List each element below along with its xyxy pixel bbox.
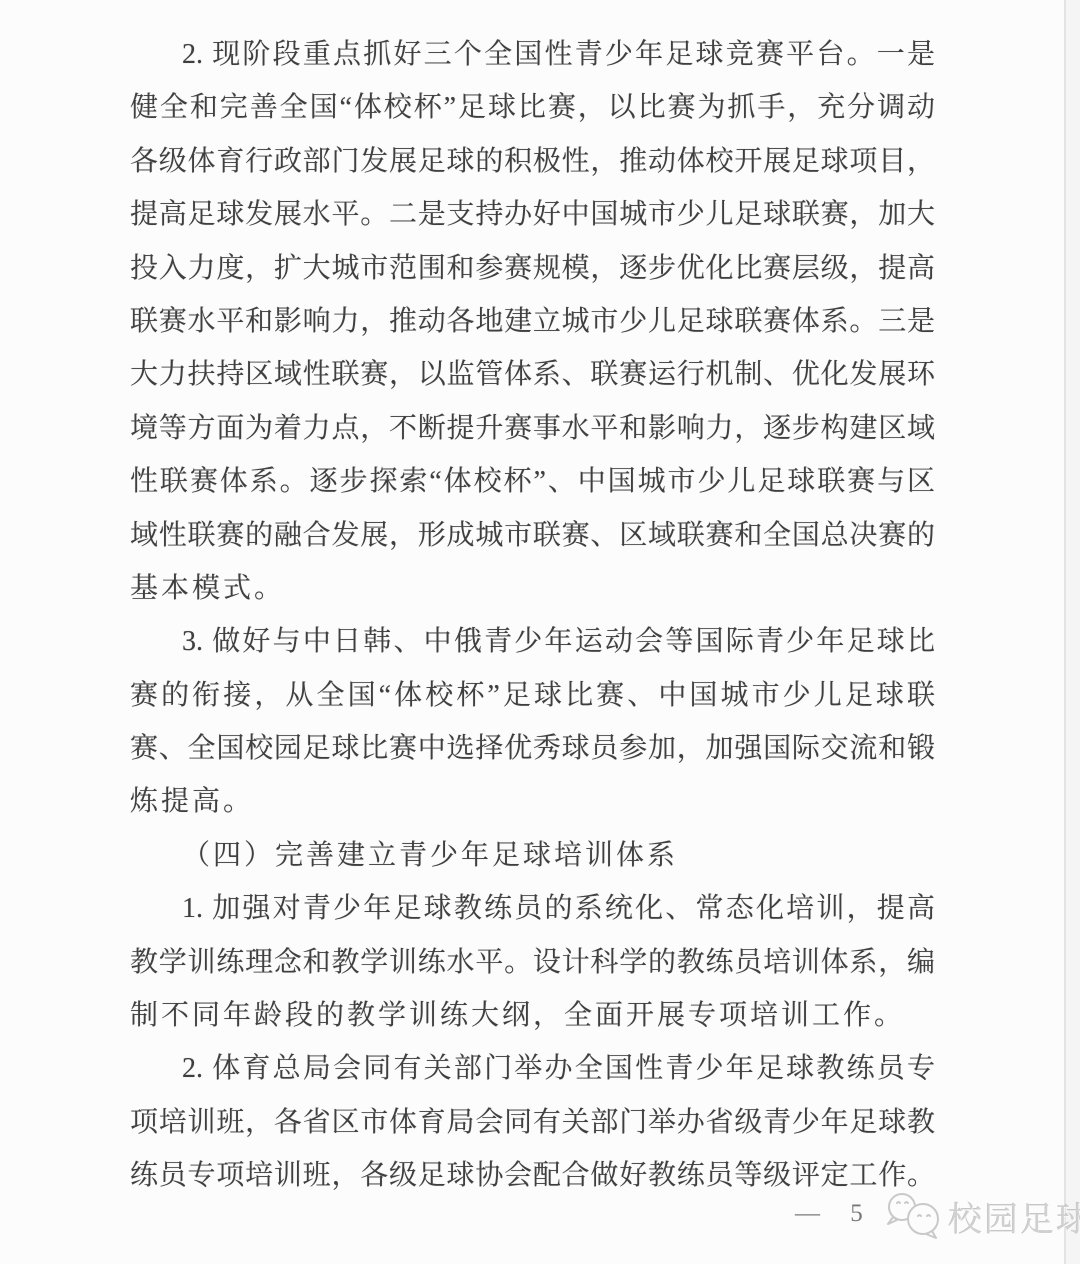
watermark: 校园足球 — [880, 1190, 1080, 1242]
text-line: 赛、全国校园足球比赛中选择优秀球员参加，加强国际交流和锻 — [130, 722, 935, 775]
document-page: 2. 现阶段重点抓好三个全国性青少年足球竞赛平台。一是健全和完善全国“体校杯”足… — [0, 0, 1080, 1264]
text-line: 境等方面为着力点，不断提升赛事水平和影响力，逐步构建区域 — [130, 402, 935, 455]
text-line: 联赛水平和影响力，推动各地建立城市少儿足球联赛体系。三是 — [130, 295, 935, 348]
text-line: 教学训练理念和教学训练水平。设计科学的教练员培训体系，编 — [130, 936, 935, 989]
page-footer: — 5 — 校园 — [0, 1190, 1080, 1250]
text-line: 2. 现阶段重点抓好三个全国性青少年足球竞赛平台。一是 — [130, 28, 935, 81]
watermark-label: 校园足球 — [948, 1192, 1080, 1241]
text-line: 性联赛体系。逐步探索“体校杯”、中国城市少儿足球联赛与区 — [130, 455, 935, 508]
document-body: 2. 现阶段重点抓好三个全国性青少年足球竞赛平台。一是健全和完善全国“体校杯”足… — [130, 28, 935, 1203]
text-line: 健全和完善全国“体校杯”足球比赛，以比赛为抓手，充分调动 — [130, 81, 935, 134]
text-line: 项培训班，各省区市体育局会同有关部门举办省级青少年足球教 — [130, 1096, 935, 1149]
text-line: 炼提高。 — [130, 775, 935, 828]
text-line: 域性联赛的融合发展，形成城市联赛、区域联赛和全国总决赛的 — [130, 509, 935, 562]
text-line: 基本模式。 — [130, 562, 935, 615]
text-line: （四）完善建立青少年足球培训体系 — [130, 829, 935, 882]
text-line: 提高足球发展水平。二是支持办好中国城市少儿足球联赛，加大 — [130, 188, 935, 241]
scan-edge-strip — [1066, 0, 1080, 1264]
text-line: 1. 加强对青少年足球教练员的系统化、常态化培训，提高 — [130, 882, 935, 935]
text-line: 赛的衔接，从全国“体校杯”足球比赛、中国城市少儿足球联 — [130, 669, 935, 722]
text-line: 2. 体育总局会同有关部门举办全国性青少年足球教练员专 — [130, 1042, 935, 1095]
text-line: 各级体育行政部门发展足球的积极性，推动体校开展足球项目， — [130, 135, 935, 188]
text-line: 3. 做好与中日韩、中俄青少年运动会等国际青少年足球比 — [130, 615, 935, 668]
text-line: 制不同年龄段的教学训练大纲，全面开展专项培训工作。 — [130, 989, 935, 1042]
text-line: 投入力度，扩大城市范围和参赛规模，逐步优化比赛层级，提高 — [130, 242, 935, 295]
wechat-bubbles-icon — [880, 1190, 946, 1242]
scan-edge-line — [1064, 0, 1066, 1264]
text-line: 大力扶持区域性联赛，以监管体系、联赛运行机制、优化发展环 — [130, 348, 935, 401]
